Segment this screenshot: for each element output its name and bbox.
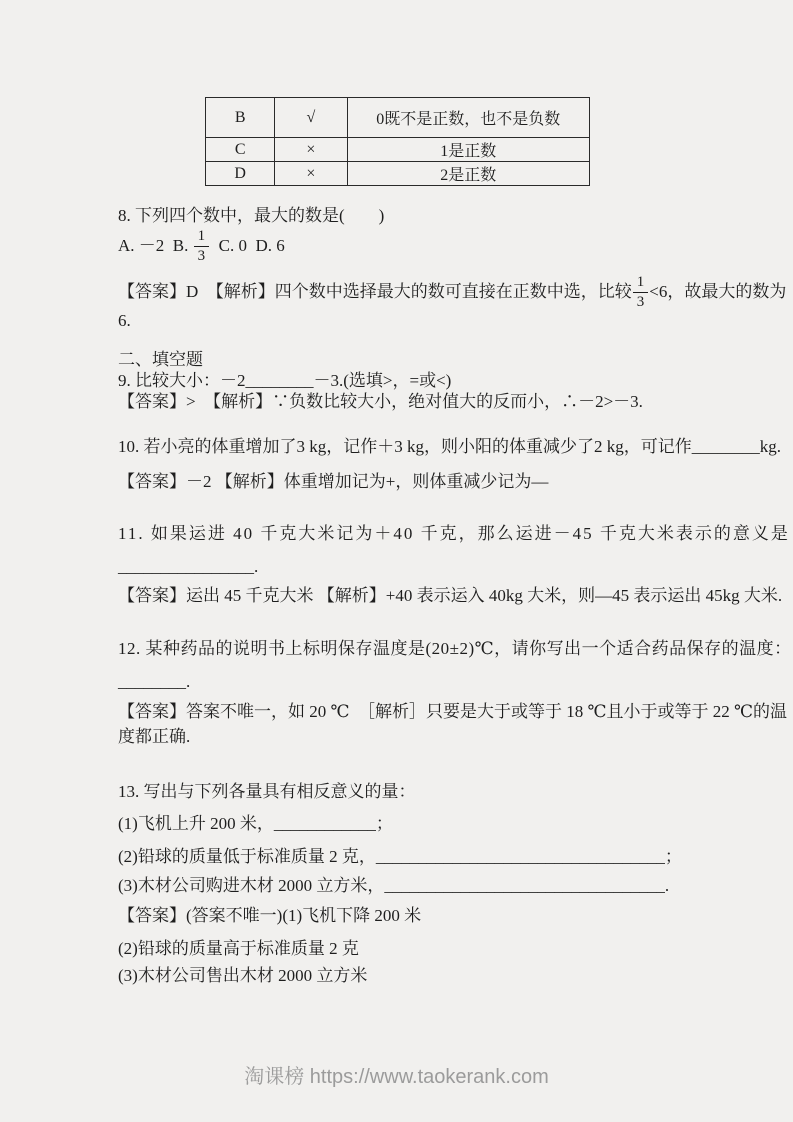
fraction-denominator: 3 [637, 293, 645, 311]
table-row: D × 2是正数 [206, 162, 590, 186]
q13-answer-line3: (3)木材公司售出木材 2000 立方米 [118, 965, 367, 987]
q12-answer-line1: 【答案】答案不唯一，如 20 ℃ ［解析］只要是大于或等于 18 ℃且小于或等于… [118, 701, 787, 723]
table-cell-option: B [206, 98, 275, 138]
q10-stem: 10. 若小亮的体重增加了3 kg，记作＋3 kg，则小阳的体重减少了2 kg，… [118, 436, 781, 458]
q12-answer-line2: 度都正确. [118, 726, 190, 748]
q13-item1: (1)飞机上升 200 米，____________； [118, 813, 393, 835]
site-watermark: 淘课榜 https://www.taokerank.com [0, 1060, 793, 1089]
table-cell-reason: 2是正数 [347, 162, 589, 186]
table-row: C × 1是正数 [206, 138, 590, 162]
judgment-table: B √ 0既不是正数，也不是负数 C × 1是正数 D × 2是正数 [205, 97, 590, 186]
q8-answer-before: 【答案】D 【解析】四个数中选择最大的数可直接在正数中选，比较 [118, 281, 632, 303]
q10-answer: 【答案】－2 【解析】体重增加记为+，则体重减少记为— [118, 471, 548, 493]
q12-stem-line1: 12. 某种药品的说明书上标明保存温度是(20±2)℃，请你写出一个适合药品保存… [118, 638, 792, 660]
worksheet-page: { "page": { "footer_text": "淘课榜 https://… [0, 0, 793, 1122]
q13-item2: (2)铅球的质量低于标准质量 2 克，_____________________… [118, 846, 682, 868]
q9-stem: 9. 比较大小：－2________－3.(选填>，=或<) [118, 370, 451, 392]
fraction-denominator: 3 [198, 247, 206, 265]
cross-mark-icon: × [275, 162, 347, 186]
table-cell-reason: 0既不是正数，也不是负数 [347, 98, 589, 138]
q12-stem-blank: ________. [118, 671, 190, 693]
check-mark-icon: √ [275, 98, 347, 138]
q11-answer: 【答案】运出 45 千克大米 【解析】+40 表示运入 40kg 大米，则—45… [118, 585, 782, 607]
q8-answer-continued: 6. [118, 310, 131, 332]
q13-answer-line2: (2)铅球的质量高于标准质量 2 克 [118, 938, 359, 960]
table-cell-option: D [206, 162, 275, 186]
section-title-fill-in-blanks: 二、填空题 [118, 349, 203, 371]
q11-stem-line1: 11. 如果运进 40 千克大米记为＋40 千克，那么运进－45 千克大米表示的… [118, 523, 790, 545]
q8-options-before: A. －2 B. [118, 235, 193, 257]
q8-answer: 【答案】D 【解析】四个数中选择最大的数可直接在正数中选，比较13<6，故最大的… [118, 270, 786, 314]
fraction-numerator: 1 [194, 228, 210, 247]
q11-stem-blank: ________________. [118, 556, 258, 578]
q9-answer: 【答案】> 【解析】∵负数比较大小，绝对值大的反而小，∴－2>－3. [118, 391, 643, 413]
q8-options: A. －2 B. 13 C. 0 D. 6 [118, 224, 285, 268]
table-cell-option: C [206, 138, 275, 162]
table-row: B √ 0既不是正数，也不是负数 [206, 98, 590, 138]
cross-mark-icon: × [275, 138, 347, 162]
q13-answer-line1: 【答案】(答案不唯一)(1)飞机下降 200 米 [118, 905, 421, 927]
q13-item3: (3)木材公司购进木材 2000 立方米，___________________… [118, 875, 669, 897]
q8-options-after: C. 0 D. 6 [210, 235, 285, 257]
q13-stem: 13. 写出与下列各量具有相反意义的量： [118, 781, 416, 803]
fraction-one-third: 13 [633, 274, 649, 311]
fraction-numerator: 1 [633, 274, 649, 293]
table-cell-reason: 1是正数 [347, 138, 589, 162]
fraction-one-third: 13 [194, 228, 210, 265]
q8-answer-after: <6，故最大的数为 [649, 281, 786, 303]
